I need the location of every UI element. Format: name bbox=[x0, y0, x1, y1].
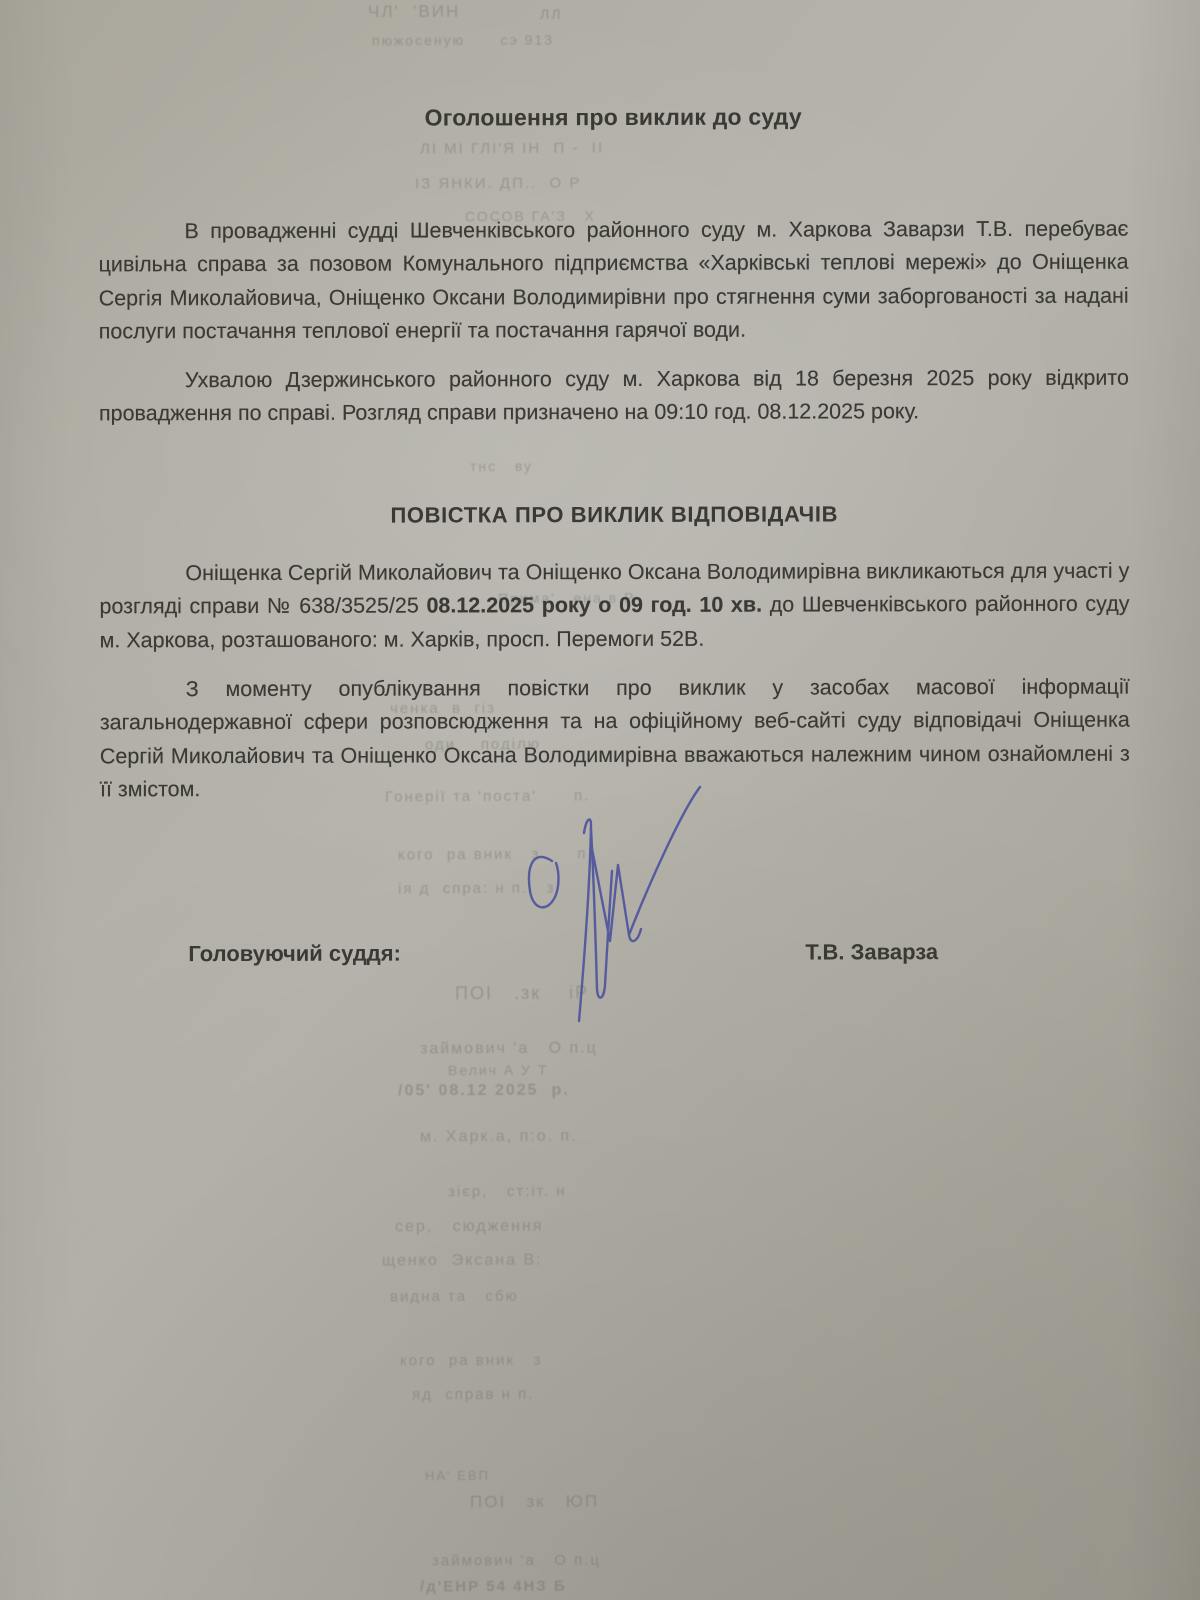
paragraph-court-ruling: Ухвалою Дзержинського районного суду м. … bbox=[99, 362, 1129, 432]
presiding-judge-label: Головуючий суддя: bbox=[188, 941, 401, 968]
paragraph-case-description: В провадженні судді Шевченківського райо… bbox=[98, 213, 1128, 349]
summons-date-time: 08.12.2025 року о 09 год. 10 хв. bbox=[426, 593, 762, 618]
paragraph-publication-notice: З моменту опублікування повістки про вик… bbox=[100, 671, 1130, 807]
scanned-court-document: ЧЛ' 'ВИНЛЛпюжосеную сэ 913ЛІ МІ ГЛІ'Я ІН… bbox=[0, 0, 1200, 1600]
document-title: Оголошення про виклик до суду bbox=[98, 103, 1128, 133]
paragraph-summons-details: Оніщенка Сергій Миколайович та Оніщенко … bbox=[99, 555, 1129, 658]
section-heading-summons: ПОВІСТКА ПРО ВИКЛИК ВІДПОВІДАЧІВ bbox=[99, 501, 1129, 530]
document-content: Оголошення про виклик до суду В провадже… bbox=[98, 0, 1132, 1600]
judge-name: Т.В. Заварза bbox=[805, 939, 938, 965]
